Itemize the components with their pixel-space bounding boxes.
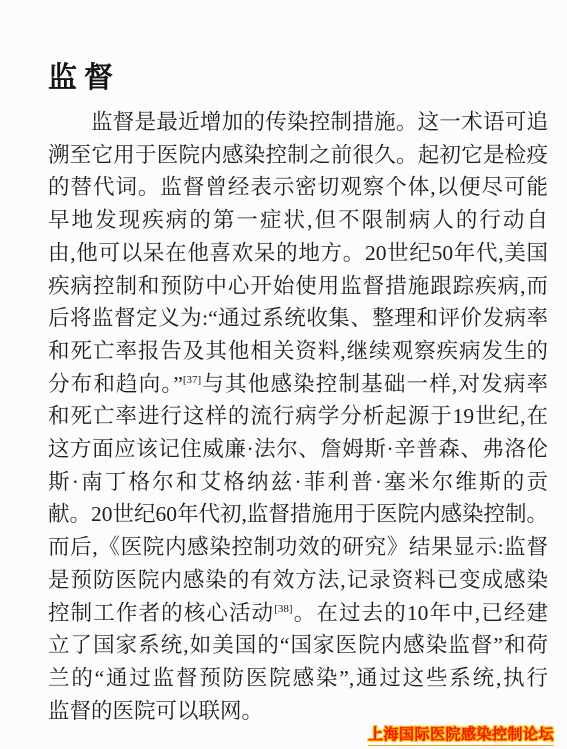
paragraph-line: 由,他可以呆在他喜欢呆的地方。20世纪50年代,美国 <box>48 237 548 270</box>
line-text: 。在过去的10年中,已经建 <box>293 601 548 625</box>
line-text: 而后,《医院内感染控制功效的研究》结果显示:监督 <box>48 535 548 559</box>
paragraph-line: 这方面应该记住威廉·法尔、詹姆斯·辛普森、弗洛伦 <box>48 433 548 466</box>
line-text: 溯至它用于医院内感染控制之前很久。起初它是检疫 <box>48 143 548 167</box>
line-text: 控制工作者的核心活动 <box>48 601 274 625</box>
scanned-book-page: 监督 监督是最近增加的传染控制措施。这一术语可追 溯至它用于医院内感染控制之前很… <box>0 0 567 749</box>
paragraph-line: 斯·南丁格尔和艾格纳兹·菲利普·塞米尔维斯的贡 <box>48 466 548 499</box>
line-text: 是预防医院内感染的有效方法,记录资料已变成感染 <box>48 568 548 592</box>
body-paragraph: 监督是最近增加的传染控制措施。这一术语可追 溯至它用于医院内感染控制之前很久。起… <box>48 106 548 727</box>
line-text: 由,他可以呆在他喜欢呆的地方。20世纪50年代,美国 <box>48 241 548 265</box>
line-text: 这方面应该记住威廉·法尔、詹姆斯·辛普森、弗洛伦 <box>48 437 548 461</box>
line-text: 疾病控制和预防中心开始使用监督措施跟踪疾病,而 <box>48 274 548 298</box>
paragraph-line: 监督是最近增加的传染控制措施。这一术语可追 <box>48 106 548 139</box>
line-text: 与其他感染控制基础一样,对发病率 <box>201 372 548 396</box>
line-text: 兰的“通过监督预防医院感染”,通过这些系统,执行 <box>48 666 548 690</box>
line-text: 立了国家系统,如美国的“国家医院内感染监督”和荷 <box>48 633 548 657</box>
paragraph-line: 兰的“通过监督预防医院感染”,通过这些系统,执行 <box>48 662 548 695</box>
paragraph-line: 献。20世纪60年代初,监督措施用于医院内感染控制。 <box>48 498 548 531</box>
paragraph-line: 和死亡率进行这样的流行病学分析起源于19世纪,在 <box>48 400 548 433</box>
paragraph-line: 是预防医院内感染的有效方法,记录资料已变成感染 <box>48 564 548 597</box>
page-title: 监督 <box>48 55 120 96</box>
line-text: 和死亡率报告及其他相关资料,继续观察疾病发生的 <box>48 339 548 363</box>
line-text: 后将监督定义为:“通过系统收集、整理和评价发病率 <box>48 306 548 330</box>
forum-watermark: 上海国际医院感染控制论坛 <box>368 723 554 746</box>
line-text: 监督的医院可以联网。 <box>48 699 263 723</box>
line-text: 献。20世纪60年代初,监督措施用于医院内感染控制。 <box>48 502 548 526</box>
paragraph-line: 和死亡率报告及其他相关资料,继续观察疾病发生的 <box>48 335 548 368</box>
paragraph-line: 的替代词。监督曾经表示密切观察个体,以便尽可能 <box>48 171 548 204</box>
line-text: 和死亡率进行这样的流行病学分析起源于19世纪,在 <box>48 404 548 428</box>
line-text: 早地发现疾病的第一症状,但不限制病人的行动自 <box>48 208 548 232</box>
paragraph-line: 分布和趋向。”[37]与其他感染控制基础一样,对发病率 <box>48 368 548 401</box>
line-text: 分布和趋向。” <box>48 372 183 396</box>
paragraph-line: 立了国家系统,如美国的“国家医院内感染监督”和荷 <box>48 629 548 662</box>
paragraph-line: 后将监督定义为:“通过系统收集、整理和评价发病率 <box>48 302 548 335</box>
paragraph-line: 控制工作者的核心活动[38]。在过去的10年中,已经建 <box>48 597 548 630</box>
line-text: 监督是最近增加的传染控制措施。这一术语可追 <box>91 110 548 134</box>
paragraph-line: 而后,《医院内感染控制功效的研究》结果显示:监督 <box>48 531 548 564</box>
paragraph-line: 疾病控制和预防中心开始使用监督措施跟踪疾病,而 <box>48 270 548 303</box>
footnote-ref-38: [38] <box>274 602 292 614</box>
line-text: 斯·南丁格尔和艾格纳兹·菲利普·塞米尔维斯的贡 <box>48 470 548 494</box>
line-text: 的替代词。监督曾经表示密切观察个体,以便尽可能 <box>48 175 548 199</box>
footnote-ref-37: [37] <box>183 373 201 385</box>
paragraph-line: 早地发现疾病的第一症状,但不限制病人的行动自 <box>48 204 548 237</box>
paragraph-line: 溯至它用于医院内感染控制之前很久。起初它是检疫 <box>48 139 548 172</box>
